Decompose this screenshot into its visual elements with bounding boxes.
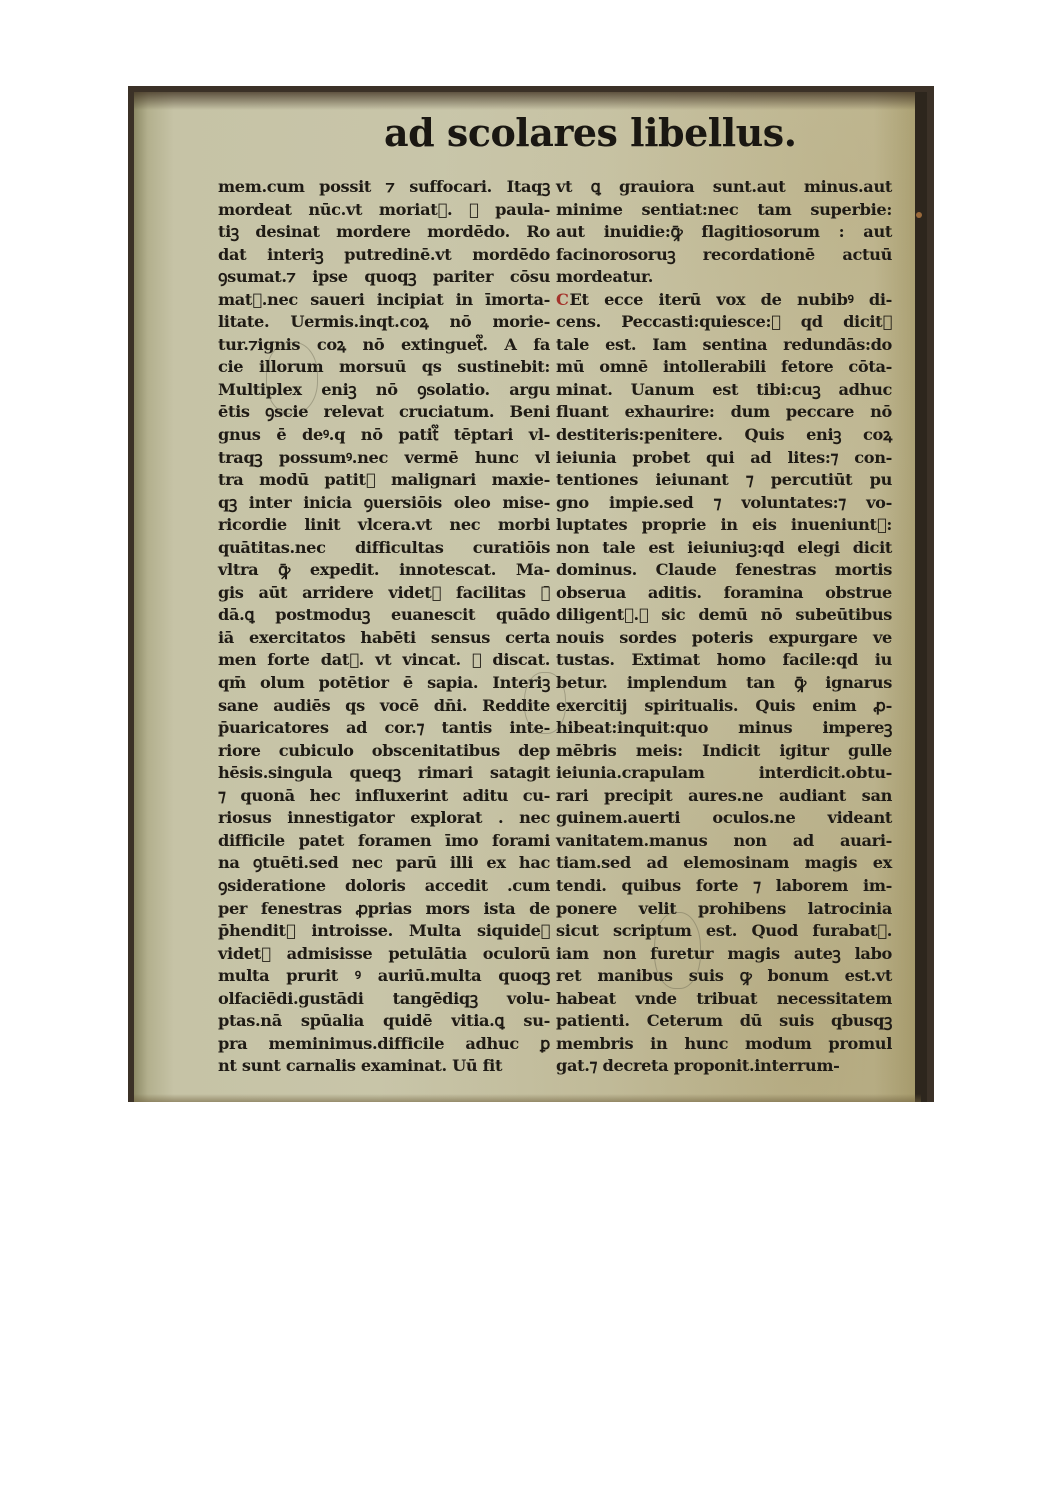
text-line: na ꝯtuēti.sed nec parū illi ex hac xyxy=(218,852,550,875)
text-line: mem.cum possit ⁊ suffocari. Itaqꝫ xyxy=(218,176,550,199)
text-line: hibeat:inquit:quo minus impereꝫ xyxy=(556,717,892,740)
text-line: destiteris:penitere. Quis eniꝫ coꝝ xyxy=(556,424,892,447)
text-line: olfaciēdi.gustādi tangēdiqꝫ volu- xyxy=(218,988,550,1011)
text-line: traqꝫ possumꝰ.nec vermē hunc vl xyxy=(218,447,550,470)
text-line: mēbris meis: Indicit igitur gulle xyxy=(556,740,892,763)
text-line: tiꝫ desinat mordere mordēdo. Ro xyxy=(218,221,550,244)
text-line: cens. Peccasti:quiesce:⁊ qd dicit᷑ xyxy=(556,311,892,334)
text-line: non tale est ieiuniuꝫ:qd elegi dicit xyxy=(556,537,892,560)
text-line: qꝫ inter inicia ꝯuersiōis oleo mise- xyxy=(218,492,550,515)
text-line: tendi. quibus forte ⁊ laborem im- xyxy=(556,875,892,898)
text-line: guinem.auerti oculos.ne videant xyxy=(556,807,892,830)
text-line: mordeat nūc.vt moriat᷑. ⁊ paula- xyxy=(218,199,550,222)
text-line: quātitas.nec difficultas curatiōis xyxy=(218,537,550,560)
text-line: vltra ꝙ̄ expedit. innotescat. Ma- xyxy=(218,559,550,582)
text-line: minat. Uanum est tibi:cuꝫ adhuc xyxy=(556,379,892,402)
text-line: ret manibus suis ꝙ bonum est.vt xyxy=(556,965,892,988)
text-line-content: Et ecce iterū vox de nubibꝰ di- xyxy=(570,290,892,309)
text-line: dā.ꝗ postmoduꝫ euanescit quādo xyxy=(218,604,550,627)
text-line: difficile patet foramen īmo forami xyxy=(218,830,550,853)
text-line: fluant exhaurire: dum peccare nō xyxy=(556,401,892,424)
text-line: pra meminimus.difficile adhuc ꝑ xyxy=(218,1033,550,1056)
text-line: minime sentiat:nec tam superbie: xyxy=(556,199,892,222)
text-line: mat᷑.nec saueri incipiat in īmorta- xyxy=(218,289,550,312)
page-scan: ad scolares libellus. mem.cum possit ⁊ s… xyxy=(128,86,934,1102)
foxing-spot xyxy=(916,212,922,218)
text-line: mū omnē intollerabili fetore cōta- xyxy=(556,356,892,379)
watermark-trace xyxy=(266,342,318,414)
text-line: videt᷑ admisisse petulātia oculorū xyxy=(218,943,550,966)
text-line: iā exercitatos habēti sensus certa xyxy=(218,627,550,650)
watermark-trace xyxy=(654,912,701,989)
text-line: rari precipit aures.ne audiant san xyxy=(556,785,892,808)
text-line: CEt ecce iterū vox de nubibꝰ di- xyxy=(556,289,892,312)
text-line: sane audiēs qs vocē dn̄i. Reddite xyxy=(218,695,550,718)
text-line: luptates proprie in eis inueniunt᷑: xyxy=(556,514,892,537)
text-line: ⁊ quonā hec influxerint aditu cu- xyxy=(218,785,550,808)
text-line: vanitatem.manus non ad auari- xyxy=(556,830,892,853)
text-line: betur. implendum tan ꝙ̄ ignarus xyxy=(556,672,892,695)
text-line: nouis sordes poteris expurgare ve xyxy=(556,627,892,650)
text-line: obserua aditis. foramina obstrue xyxy=(556,582,892,605)
text-line: dominus. Claude fenestras mortis xyxy=(556,559,892,582)
text-line: ꝯsumat.⁊ ipse quoqꝫ pariter cōsu xyxy=(218,266,550,289)
text-line: per fenestras ꝓprias mors ista de xyxy=(218,898,550,921)
text-line: mordeatur. xyxy=(556,266,892,289)
text-line: membris in hunc modum promul xyxy=(556,1033,892,1056)
text-line: nt sunt carnalis examinat. Uū fit xyxy=(218,1055,550,1078)
right-text-column: vt ꝗ grauiora sunt.aut minus.autminime s… xyxy=(556,176,892,1078)
text-line: hēsis.singula queqꝫ rimari satagit xyxy=(218,762,550,785)
text-line: multa prurit ꝰ auriū.multa quoqꝫ xyxy=(218,965,550,988)
text-line: gat.⁊ decreta proponit.interrum- xyxy=(556,1055,892,1078)
running-head: ad scolares libellus. xyxy=(384,110,804,155)
text-line: patienti. Ceterum dū suis qbusqꝫ xyxy=(556,1010,892,1033)
text-line: gis aūt arridere videt᷑ facilitas ꝗ̄ xyxy=(218,582,550,605)
binding-shadow xyxy=(134,92,921,110)
text-line: vt ꝗ grauiora sunt.aut minus.aut xyxy=(556,176,892,199)
text-line: iam non furetur magis auteꝫ labo xyxy=(556,943,892,966)
text-line: ptas.nā spūalia quidē vitia.ꝗ su- xyxy=(218,1010,550,1033)
text-line: tur.⁊ignis coꝝ nō extinguet᷑. A fa xyxy=(218,334,550,357)
text-line: tustas. Extimat homo facile:qd iu xyxy=(556,649,892,672)
text-line: riore cubiculo obscenitatibus dep xyxy=(218,740,550,763)
text-line: tra modū patit᷑ malignari maxie- xyxy=(218,469,550,492)
watermark-trace xyxy=(524,672,566,734)
rubricated-paragraph-mark: C xyxy=(556,290,569,309)
text-line: habeat vnde tribuat necessitatem xyxy=(556,988,892,1011)
text-line: ricordie linit vlcera.vt nec morbi xyxy=(218,514,550,537)
text-line: tentiones ieiunant ⁊ percutiūt pu xyxy=(556,469,892,492)
page-edge-bottom xyxy=(134,1094,921,1102)
text-line: qm̄ olum potētior ē sapia. Interiꝫ xyxy=(218,672,550,695)
text-line: litate. Uermis.inqt.coꝝ nō morie- xyxy=(218,311,550,334)
page-edge xyxy=(915,92,927,1102)
text-line: ieiunia probet qui ad lites:⁊ con- xyxy=(556,447,892,470)
left-text-column: mem.cum possit ⁊ suffocari. Itaqꝫmordeat… xyxy=(218,176,550,1078)
text-line: ponere velit prohibens latrocinia xyxy=(556,898,892,921)
text-line: gno impie.sed ⁊ voluntates:⁊ vo- xyxy=(556,492,892,515)
text-line: tiam.sed ad elemosinam magis ex xyxy=(556,852,892,875)
text-line: dat interiꝫ putredinē.vt mordēdo xyxy=(218,244,550,267)
text-line: aut inuidie:ꝙ̄ flagitiosorum : aut xyxy=(556,221,892,244)
text-line: ieiunia.crapulam interdicit.obtu- xyxy=(556,762,892,785)
text-line: p̄uaricatores ad cor.⁊ tantis inte- xyxy=(218,717,550,740)
text-line: tale est. Iam sentina redundās:do xyxy=(556,334,892,357)
text-line: facinorosoruꝫ recordationē actuū xyxy=(556,244,892,267)
text-line: riosus innestigator explorat . nec xyxy=(218,807,550,830)
text-line: exercitij spiritualis. Quis enim ꝓ- xyxy=(556,695,892,718)
text-line: sicut scriptum est. Quod furabat᷑. xyxy=(556,920,892,943)
paper-leaf: ad scolares libellus. mem.cum possit ⁊ s… xyxy=(134,92,921,1102)
text-line: diligent᷑.⁊ sic demū nō subeūtibus xyxy=(556,604,892,627)
text-line: gnus ē deꝰ.q nō patit᷑ tēptari vl- xyxy=(218,424,550,447)
text-line: ꝯsideratione doloris accedit .cum xyxy=(218,875,550,898)
text-line: ētis ꝯscie relevat cruciatum. Beni xyxy=(218,401,550,424)
text-line: p̄hendit᷑ introisse. Multa siquideꝫ xyxy=(218,920,550,943)
text-line: men forte dat᷑. vt vincat. ⁊ discat. xyxy=(218,649,550,672)
